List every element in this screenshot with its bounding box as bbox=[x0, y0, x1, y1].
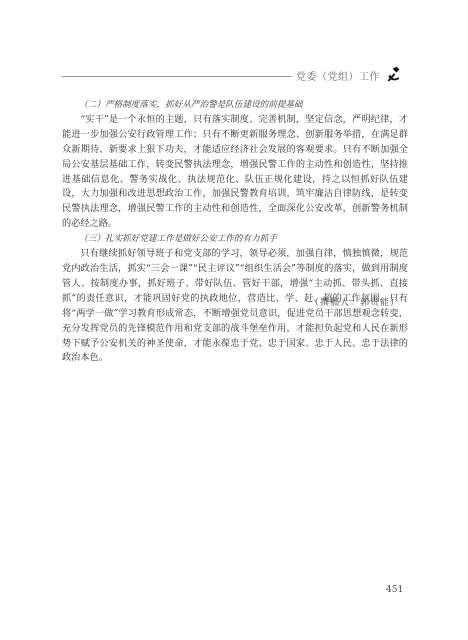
section-title: 党委（党组）工作 bbox=[296, 68, 380, 83]
running-header: 党委（党组）工作 bbox=[62, 64, 408, 86]
article-body: （二）严格制度落实，抓好从严治警是队伍建设的前提基础 “实干”是一个永恒的主题，… bbox=[62, 98, 408, 366]
section-paragraph: “实干”是一个永恒的主题，只有落实制度、完善机制，坚定信念，严明纪律，才能进一步… bbox=[62, 113, 408, 232]
header-rule bbox=[62, 76, 292, 77]
hammer-sickle-icon bbox=[385, 65, 403, 83]
section-heading: （三）扎实抓好党建工作是做好公安工作的有力抓手 bbox=[62, 232, 408, 247]
author-byline: （撰稿人：郭贵能） bbox=[310, 295, 400, 308]
page-number: 451 bbox=[386, 585, 403, 595]
section-heading: （二）严格制度落实，抓好从严治警是队伍建设的前提基础 bbox=[62, 98, 408, 113]
